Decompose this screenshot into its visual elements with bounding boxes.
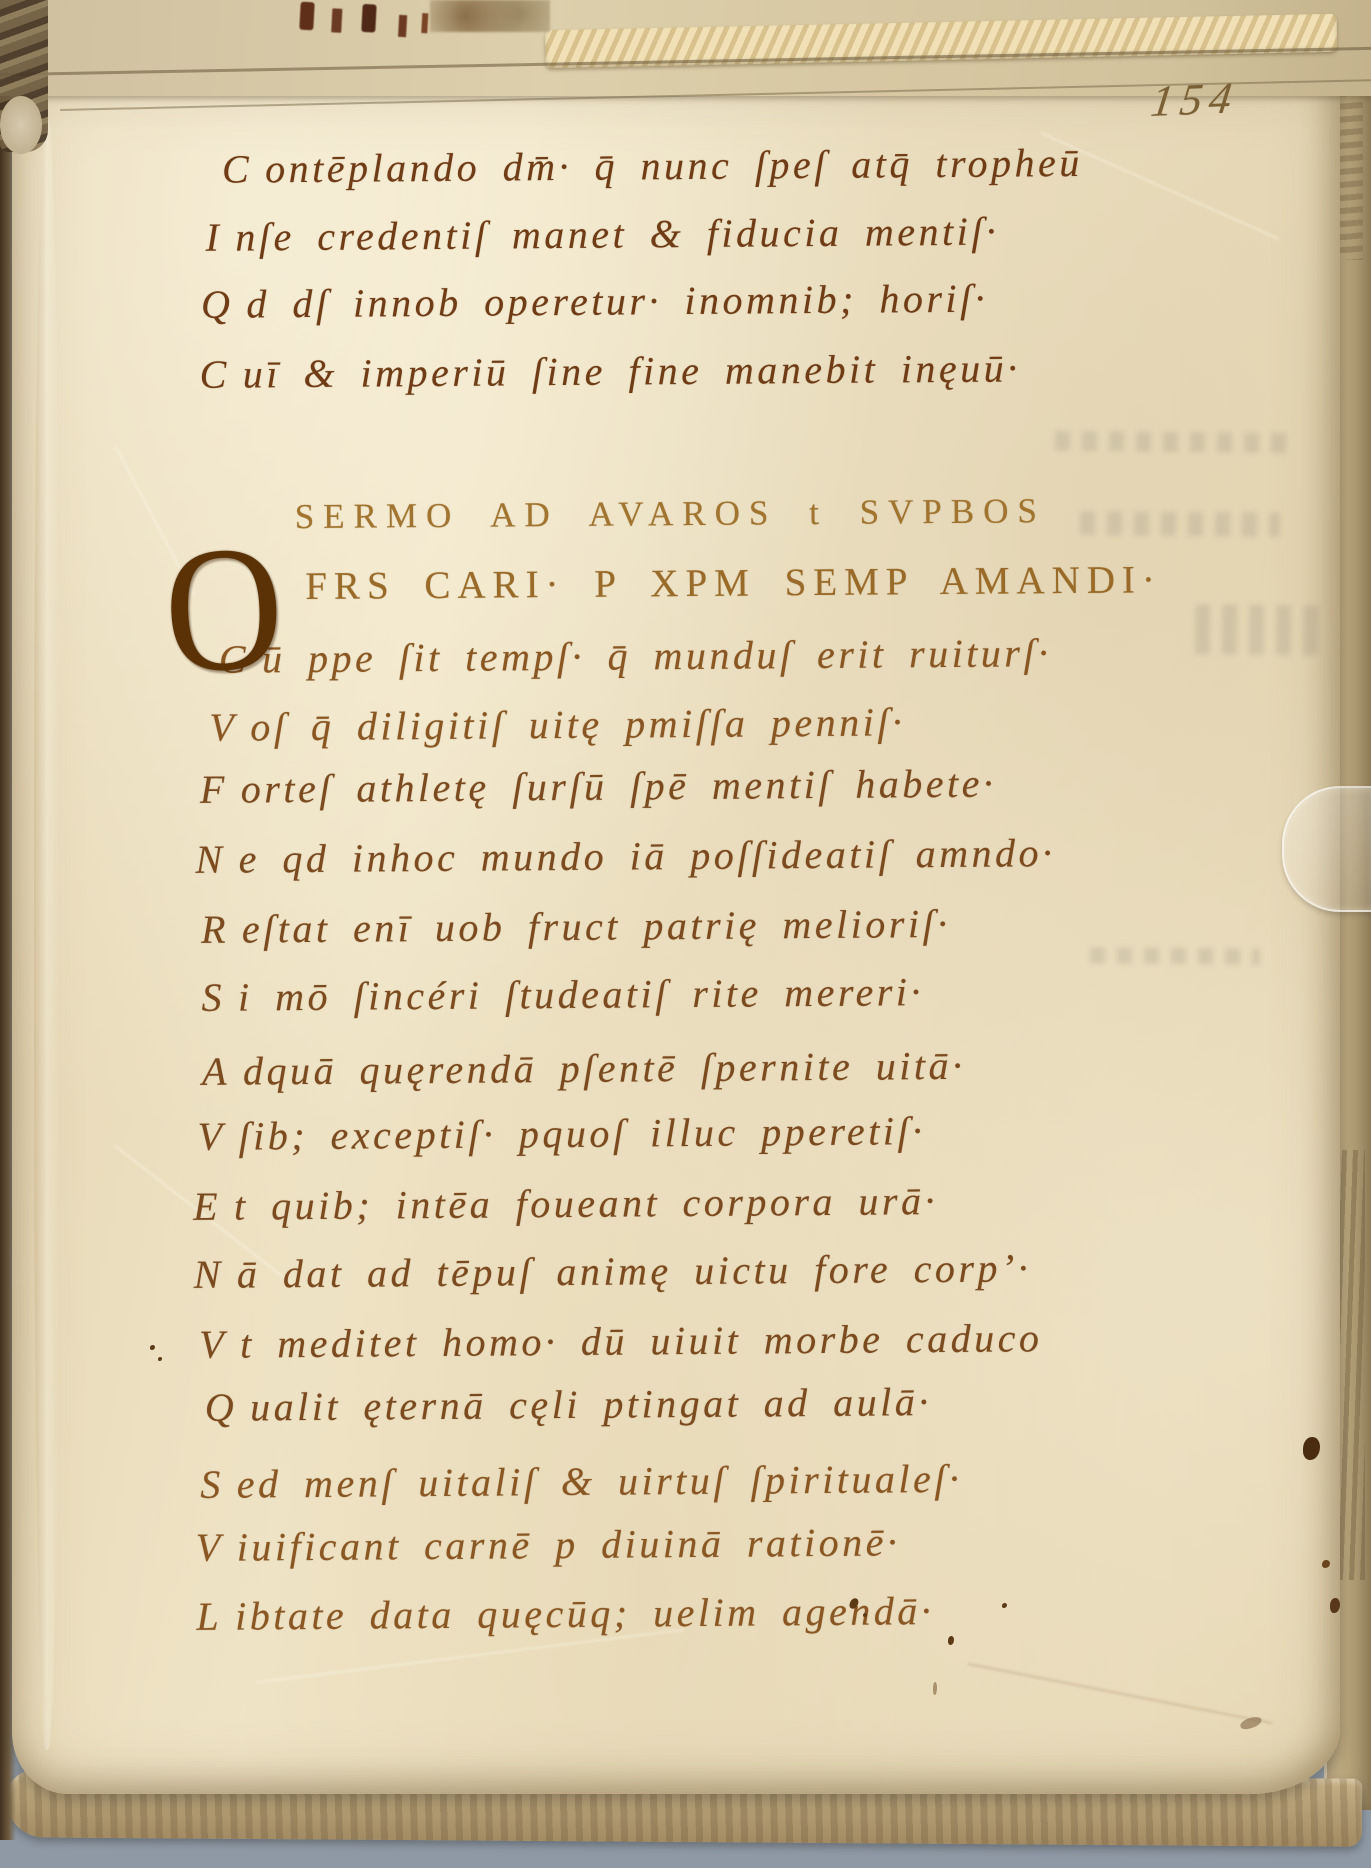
verse-line: Libtate data quęcūq; uelim agendā· bbox=[196, 1588, 934, 1640]
verse-line: Voſ q̄ diligitiſ uitę pmiſſa penniſ· bbox=[209, 699, 905, 750]
binding-fragment-marks bbox=[299, 2, 314, 31]
verse-line: Vt meditet homo· dū uiuit morbe caduco bbox=[199, 1315, 1043, 1368]
verse-line: Forteſ athletę ſurſū ſpē mentiſ habete· bbox=[200, 761, 997, 813]
verse-line: Ne qd inhoc mundo iā poſſideatiſ amndo· bbox=[195, 830, 1055, 883]
verse-line: Vſib; exceptiſ· pquoſ illuc pperetiſ· bbox=[197, 1108, 925, 1160]
verse-line: Si mō ſincéri ſtudeatiſ rite mereri· bbox=[201, 969, 924, 1021]
verse-line: Sed menſ uitaliſ & uirtuſ ſpiritualeſ· bbox=[200, 1456, 962, 1508]
incipit-caps: FRS CARI· P XPM SEMP AMANDI· bbox=[305, 558, 1162, 610]
verse-line: Adquā quęrendā pſentē ſpernite uitā· bbox=[202, 1043, 966, 1095]
folio-number: 154 bbox=[1148, 72, 1242, 127]
text-block: 154 Contēplando dm̄· q̄ nunc ſpeſ atq̄ t… bbox=[0, 0, 1371, 1868]
verse-line: Cuī & imperiū ſine fine manebit inęuū· bbox=[199, 345, 1020, 397]
verse-line: Reſtat enī uob fruct patrię melioriſ· bbox=[201, 901, 951, 953]
verse-line: Contēplando dm̄· q̄ nunc ſpeſ atq̄ troph… bbox=[222, 140, 1083, 193]
rubric-heading: SERMO AD AVAROS t SVPBOS bbox=[295, 491, 1046, 537]
binding-knot bbox=[0, 96, 42, 154]
verse-line: Cū ppe ſit tempſ· q̄ munduſ erit ruiturſ… bbox=[219, 630, 1052, 683]
verse-line: Nā dat ad tēpuſ animę uictu fore corp’· bbox=[193, 1245, 1031, 1298]
verse-line: Qd dſ innob operetur· inomnib; horiſ· bbox=[201, 276, 988, 328]
binding-fragment bbox=[430, 0, 550, 32]
verse-line: Inſe credentiſ manet & fiducia mentiſ· bbox=[205, 209, 999, 261]
verse-line: Et quib; intēa foueant corpora urā· bbox=[193, 1178, 938, 1230]
verse-line: Qualit ęternā cęli ptingat ad aulā· bbox=[205, 1379, 932, 1431]
manuscript-photo: 154 Contēplando dm̄· q̄ nunc ſpeſ atq̄ t… bbox=[0, 0, 1371, 1868]
initial-letter-O: O bbox=[161, 517, 286, 700]
verse-line: Viuificant carnē p diuinā rationē· bbox=[196, 1519, 901, 1571]
